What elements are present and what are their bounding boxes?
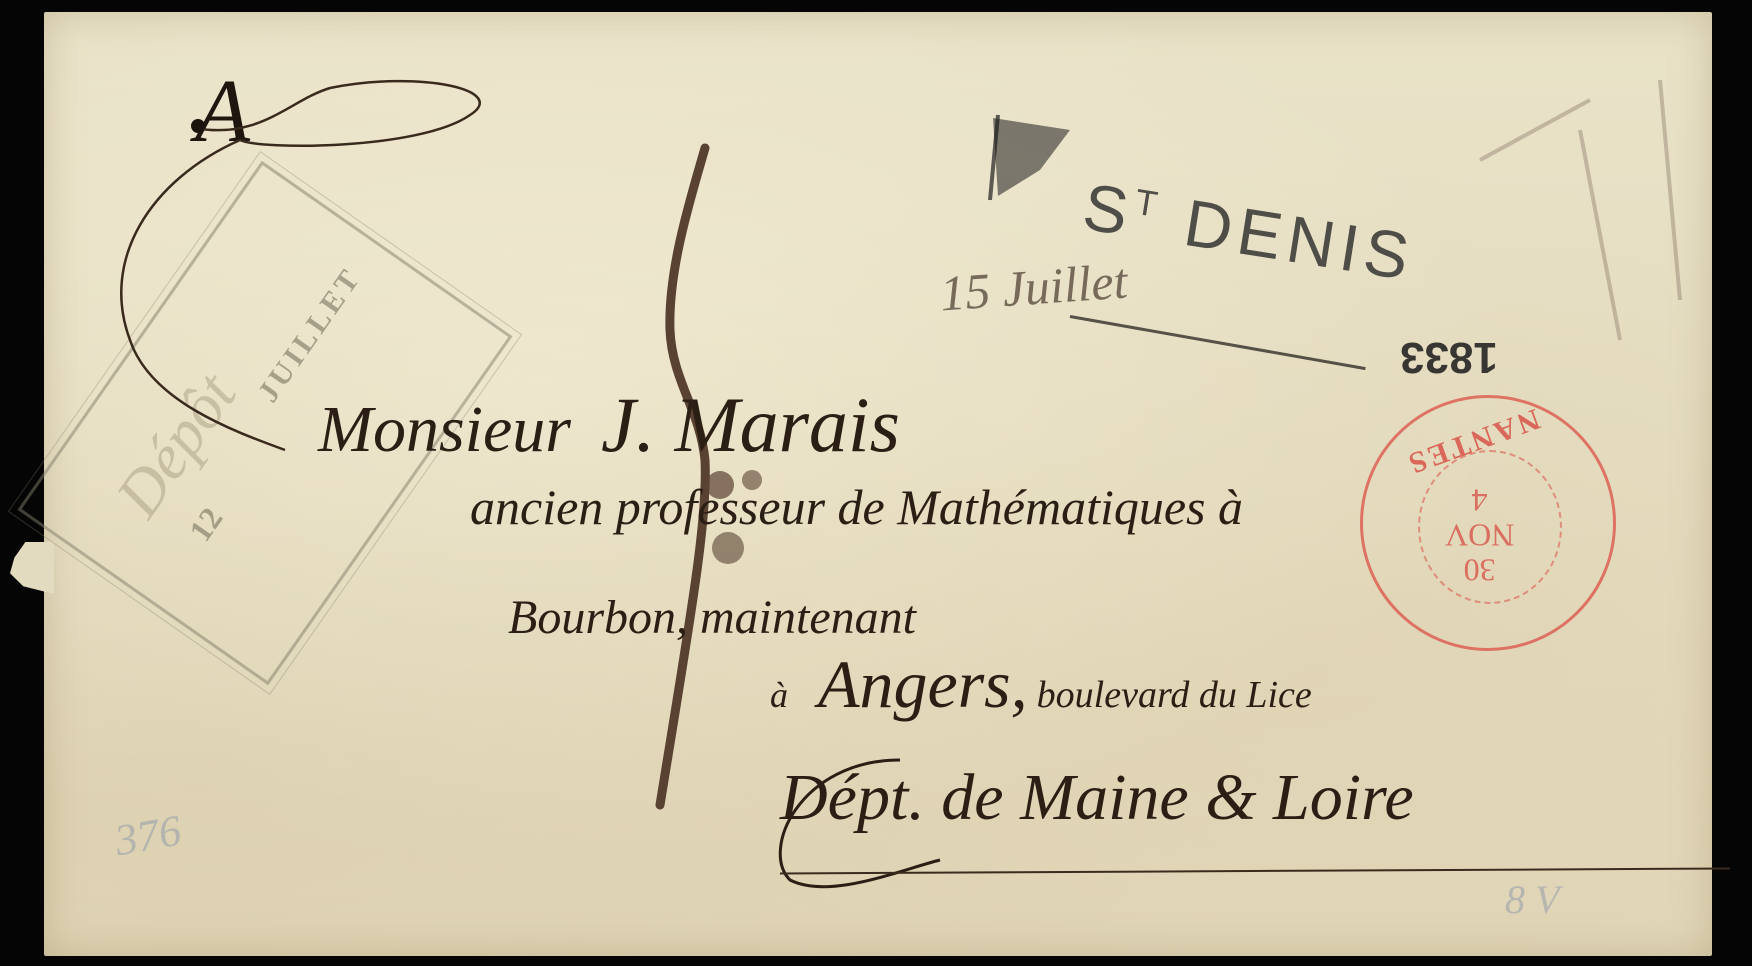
address-line-4: àAngers, boulevard du Lice bbox=[770, 645, 1312, 724]
address-line-3: Bourbon, maintenant bbox=[508, 590, 916, 645]
address-line-1: MonsieurJ. Marais bbox=[318, 380, 900, 470]
cover-markings: Dépôt JUILLET 12 A ST DENIS 1833 15 Juil… bbox=[0, 0, 1752, 966]
salutation: Monsieur bbox=[318, 393, 571, 466]
address-line-2: ancien professeur de Mathématiques à bbox=[470, 478, 1243, 536]
address-prefix: à bbox=[770, 675, 788, 715]
destination-street: boulevard du Lice bbox=[1037, 674, 1312, 716]
destination-city: Angers, bbox=[818, 646, 1028, 722]
address-line-5: Dépt. de Maine & Loire bbox=[780, 760, 1414, 836]
year-handstamp: 1833 bbox=[1400, 332, 1498, 382]
entry-cds-extra: 4 bbox=[1445, 482, 1514, 517]
pencil-note-bottom-right: 8 V bbox=[1505, 876, 1559, 923]
entry-cds-day: 30 bbox=[1445, 552, 1514, 587]
entry-cds-month: NOV bbox=[1445, 517, 1514, 552]
origin-handstamp-superscript: T bbox=[1132, 181, 1166, 226]
recipient-name: J. Marais bbox=[601, 381, 900, 468]
entry-cds-date: 30 NOV 4 bbox=[1445, 482, 1514, 588]
entry-cds-postmark: NANTES 30 NOV 4 bbox=[1360, 395, 1616, 651]
